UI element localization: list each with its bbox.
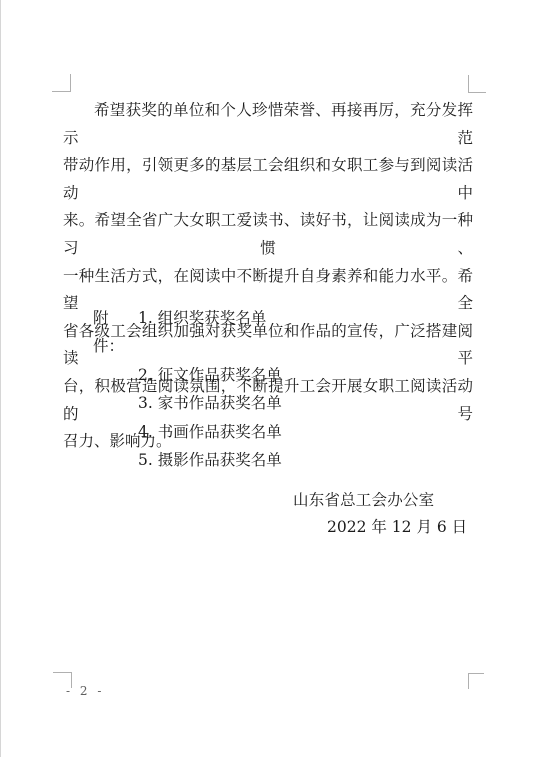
- crop-mark-top-left: [52, 74, 71, 92]
- attachment-item: 2. 征文作品获奖名单: [138, 361, 423, 389]
- paragraph-line: 希望获奖的单位和个人珍惜荣誉、再接再厉，充分发挥示范: [63, 97, 473, 152]
- attachment-item: 4. 书画作品获奖名单: [138, 418, 423, 446]
- attachments-label: 附件：: [93, 304, 138, 361]
- attachment-item: 1. 组织奖获奖名单: [138, 304, 266, 361]
- signature-organization: 山东省总工会办公室: [293, 491, 434, 509]
- crop-mark-top-right: [468, 75, 486, 93]
- crop-mark-bottom-right: [468, 673, 484, 689]
- window-left-edge-line: [0, 0, 1, 757]
- page-number: - 2 -: [66, 684, 104, 698]
- signature-date: 2022 年 12 月 6 日: [327, 518, 467, 536]
- paragraph-line: 带动作用，引领更多的基层工会组织和女职工参与到阅读活动中: [63, 152, 473, 207]
- attachments-list: 附件： 1. 组织奖获奖名单 2. 征文作品获奖名单 3. 家书作品获奖名单 4…: [93, 304, 423, 474]
- attachment-item: 3. 家书作品获奖名单: [138, 389, 423, 417]
- document-page: { "page": { "background_color": "#ffffff…: [0, 0, 536, 757]
- paragraph-line: 来。希望全省广大女职工爱读书、读好书，让阅读成为一种习惯、: [63, 207, 473, 262]
- attachment-item: 5. 摄影作品获奖名单: [138, 446, 423, 474]
